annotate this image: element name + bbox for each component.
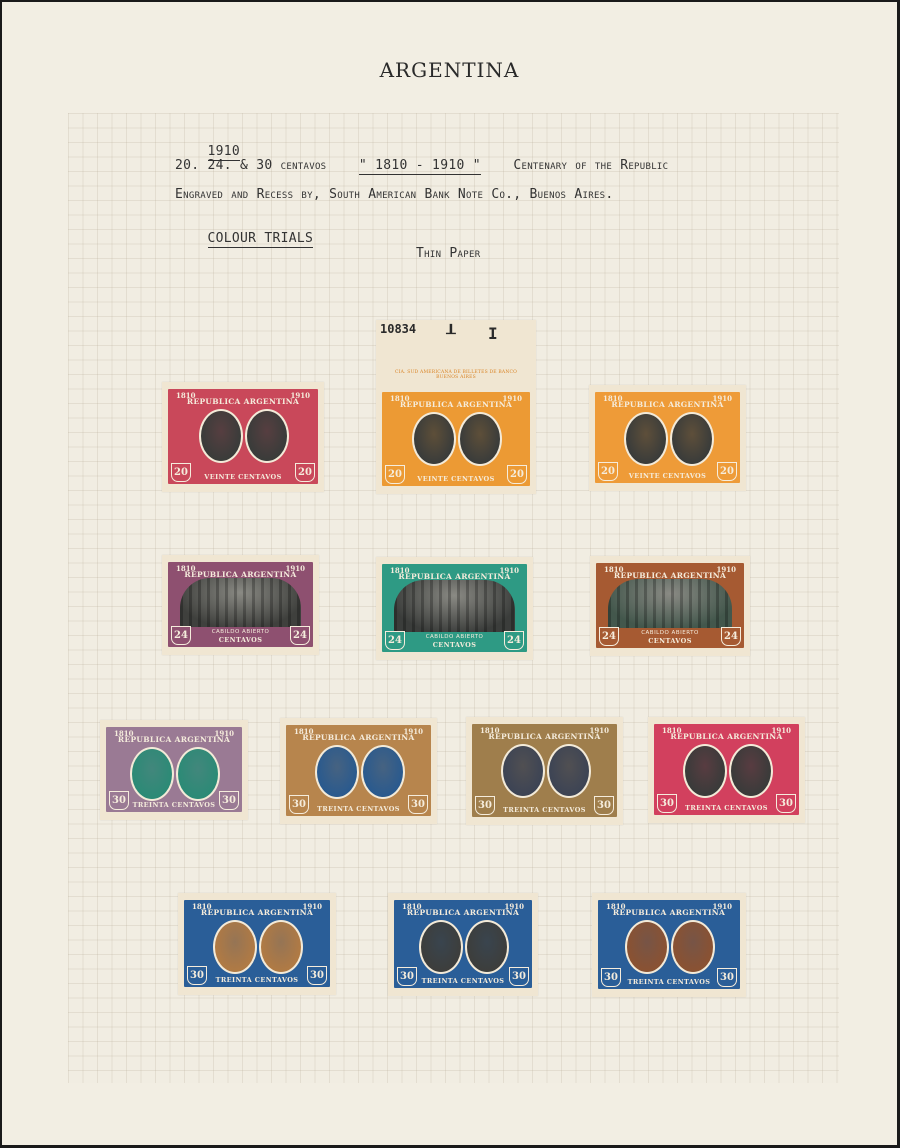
value-words: TREINTA CENTAVOS [210, 976, 304, 984]
printer-imprint: CIA. SUD AMERICANA DE BILLETES DE BANCO … [384, 370, 528, 380]
portrait-vignette [671, 920, 715, 974]
stamp-frame: 18101910REPUBLICA ARGENTINATREINTA CENTA… [598, 900, 740, 989]
register-mark: ┸ [446, 324, 456, 343]
portrait-vignette [547, 744, 591, 798]
stamp-header: REPUBLICA ARGENTINA [394, 908, 532, 917]
stamp-24c-trial: 18101910REPUBLICA ARGENTINACABILDO ABIER… [376, 557, 533, 660]
value-tablet: 30 [717, 968, 737, 987]
value-tablet: 30 [187, 966, 207, 985]
value-tablet: 24 [290, 626, 310, 645]
value-words: TREINTA CENTAVOS [624, 978, 714, 986]
value-tablet: 24 [171, 626, 191, 645]
issue-subject: Centenary of the Republic [513, 158, 668, 173]
page-title: ARGENTINA [2, 58, 897, 82]
stamp-20c-trial: 18101910REPUBLICA ARGENTINAVEINTE CENTAV… [589, 385, 746, 491]
value-tablet: 30 [475, 796, 495, 815]
stamp-frame: 18101910REPUBLICA ARGENTINACABILDO ABIER… [168, 562, 313, 647]
value-words: TREINTA CENTAVOS [132, 801, 216, 809]
value-tablet: 20 [385, 465, 405, 484]
portrait-vignette [130, 747, 174, 801]
stamp-frame: 18101910REPUBLICA ARGENTINACABILDO ABIER… [382, 564, 527, 652]
stamp-header: REPUBLICA ARGENTINA [472, 732, 617, 741]
value-tablet: 24 [721, 627, 741, 646]
stamp-30c-trial: 18101910REPUBLICA ARGENTINATREINTA CENTA… [100, 720, 248, 820]
value-tablet: 24 [385, 631, 405, 650]
value-words: TREINTA CENTAVOS [312, 805, 405, 813]
stamp-frame: 18101910REPUBLICA ARGENTINATREINTA CENTA… [472, 724, 617, 817]
stamp-30c-trial: 18101910REPUBLICA ARGENTINATREINTA CENTA… [592, 893, 746, 997]
register-mark: I [488, 324, 498, 343]
portrait-vignette [213, 920, 257, 974]
stamp-frame: 18101910REPUBLICA ARGENTINAVEINTE CENTAV… [382, 392, 530, 486]
value-words: CENTAVOS [194, 636, 287, 644]
section-heading: COLOUR TRIALS [175, 216, 313, 261]
stamp-header: REPUBLICA ARGENTINA [654, 732, 799, 741]
sheet-selvage: 10834 ┸ I CIA. SUD AMERICANA DE BILLETES… [376, 320, 536, 388]
portrait-vignette [729, 744, 773, 798]
value-words: TREINTA CENTAVOS [498, 806, 591, 814]
stamp-frame: 18101910REPUBLICA ARGENTINATREINTA CENTA… [184, 900, 330, 987]
value-tablet: 24 [599, 627, 619, 646]
stamp-frame: 18101910REPUBLICA ARGENTINATREINTA CENTA… [106, 727, 242, 812]
stamp-frame: 18101910REPUBLICA ARGENTINATREINTA CENTA… [654, 724, 799, 815]
portrait-vignette [412, 412, 456, 466]
cabildo-scene-vignette [180, 578, 301, 627]
value-tablet: 20 [171, 463, 191, 482]
portrait-vignette [361, 745, 405, 799]
value-tablet: 30 [509, 967, 529, 986]
value-tablet: 30 [219, 791, 239, 810]
value-tablet: 30 [657, 794, 677, 813]
value-words: VEINTE CENTAVOS [621, 472, 714, 480]
stamp-20c-trial: 10834 ┸ I CIA. SUD AMERICANA DE BILLETES… [376, 320, 536, 494]
stamp-frame: 18101910REPUBLICA ARGENTINATREINTA CENTA… [286, 725, 431, 816]
value-tablet: 30 [289, 795, 309, 814]
value-tablet: 30 [594, 796, 614, 815]
value-words: TREINTA CENTAVOS [420, 977, 506, 985]
value-tablet: 20 [507, 465, 527, 484]
control-number: 10834 [380, 322, 416, 336]
portrait-vignette [176, 747, 220, 801]
stamp-header: REPUBLICA ARGENTINA [382, 400, 530, 409]
value-tablet: 30 [601, 968, 621, 987]
issue-description-line: 20. 24. & 30 centavos " 1810 - 1910 " Ce… [175, 158, 668, 173]
stamp-30c-trial: 18101910REPUBLICA ARGENTINATREINTA CENTA… [178, 893, 336, 995]
portrait-vignette [670, 412, 714, 466]
stamp-header: REPUBLICA ARGENTINA [286, 733, 431, 742]
value-words: VEINTE CENTAVOS [194, 473, 292, 481]
denominations-text: 20. 24. & 30 centavos [175, 158, 326, 173]
value-words: CENTAVOS [408, 641, 501, 649]
stamp-header: REPUBLICA ARGENTINA [106, 735, 242, 744]
value-tablet: 30 [397, 967, 417, 986]
value-tablet: 30 [776, 794, 796, 813]
value-words: TREINTA CENTAVOS [680, 804, 773, 812]
value-words: CENTAVOS [622, 637, 718, 645]
value-tablet: 30 [109, 791, 129, 810]
value-tablet: 24 [504, 631, 524, 650]
stamp-frame: 18101910REPUBLICA ARGENTINATREINTA CENTA… [394, 900, 532, 988]
stamp-header: REPUBLICA ARGENTINA [184, 908, 330, 917]
stamp-frame: 18101910REPUBLICA ARGENTINAVEINTE CENTAV… [595, 392, 740, 483]
centenary-dates: " 1810 - 1910 " [359, 158, 481, 175]
portrait-vignette [458, 412, 502, 466]
stamp-24c-trial: 18101910REPUBLICA ARGENTINACABILDO ABIER… [590, 556, 750, 656]
portrait-vignette [245, 409, 289, 463]
stamp-30c-trial: 18101910REPUBLICA ARGENTINATREINTA CENTA… [466, 717, 623, 825]
stamp-header: REPUBLICA ARGENTINA [595, 400, 740, 409]
portrait-vignette [465, 920, 509, 974]
value-tablet: 20 [598, 462, 618, 481]
portrait-vignette [419, 920, 463, 974]
stamp-header: REPUBLICA ARGENTINA [168, 397, 318, 406]
stamp-frame: 18101910REPUBLICA ARGENTINACABILDO ABIER… [596, 563, 744, 648]
album-page: ARGENTINA 1910 20. 24. & 30 centavos " 1… [2, 2, 897, 1145]
portrait-vignette [683, 744, 727, 798]
value-tablet: 20 [295, 463, 315, 482]
value-words: VEINTE CENTAVOS [408, 475, 504, 483]
portrait-vignette [199, 409, 243, 463]
portrait-vignette [259, 920, 303, 974]
portrait-vignette [501, 744, 545, 798]
value-tablet: 30 [408, 795, 428, 814]
portrait-vignette [315, 745, 359, 799]
cabildo-scene-vignette [608, 579, 732, 628]
stamp-frame: 18101910REPUBLICA ARGENTINAVEINTE CENTAV… [168, 389, 318, 484]
stamp-header: REPUBLICA ARGENTINA [598, 908, 740, 917]
portrait-vignette [624, 412, 668, 466]
stamp-24c-trial: 18101910REPUBLICA ARGENTINACABILDO ABIER… [162, 555, 319, 655]
stamp-30c-trial: 18101910REPUBLICA ARGENTINATREINTA CENTA… [648, 717, 805, 823]
stamp-30c-trial: 18101910REPUBLICA ARGENTINATREINTA CENTA… [388, 893, 538, 996]
value-tablet: 30 [307, 966, 327, 985]
stamp-20c-trial: 18101910REPUBLICA ARGENTINAVEINTE CENTAV… [162, 382, 324, 492]
cabildo-scene-vignette [394, 580, 515, 632]
portrait-vignette [625, 920, 669, 974]
stamp-30c-trial: 18101910REPUBLICA ARGENTINATREINTA CENTA… [280, 718, 437, 824]
value-tablet: 20 [717, 462, 737, 481]
printer-line: Engraved and Recess by, South American B… [175, 187, 614, 202]
paper-note: Thin Paper [416, 246, 480, 261]
